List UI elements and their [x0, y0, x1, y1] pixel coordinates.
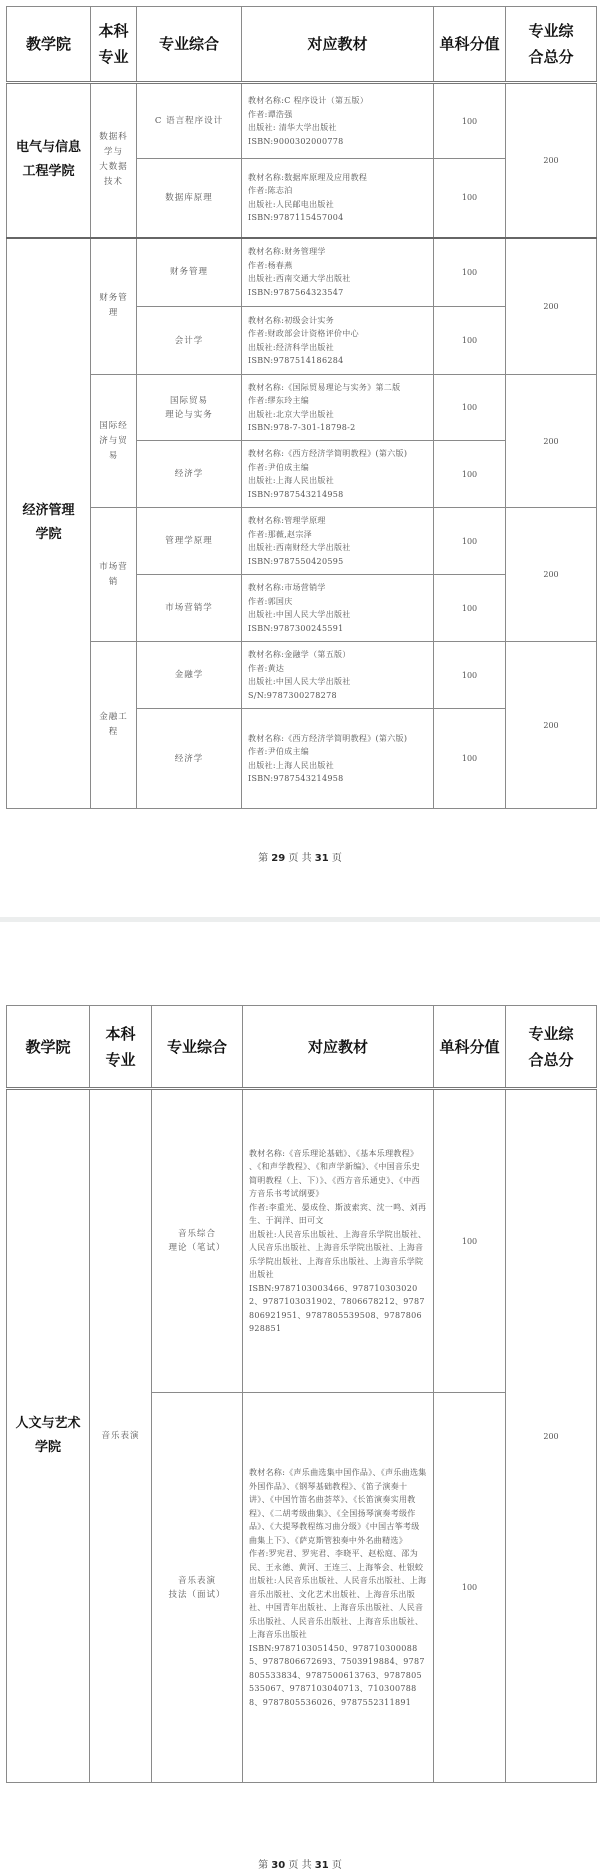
- textbook-cell: 教材名称:《声乐曲选集中国作品》、《声乐曲选集外国作品》、《钢琴基础教程》、《笛…: [243, 1393, 434, 1783]
- college-cell: 电气与信息工程学院: [7, 83, 91, 238]
- table-row: 电气与信息工程学院 数据科学与大数据技术 C 语言程序设计 教材名称:C 程序设…: [7, 83, 597, 159]
- subject-cell: 国际贸易理论与实务: [137, 375, 242, 441]
- score-cell: 100: [434, 1393, 506, 1783]
- subject-cell: 经济学: [137, 709, 242, 809]
- major-cell: 音乐表演: [90, 1089, 152, 1783]
- page-30: 教学院 本科专业 专业综合 对应教材 单科分值 专业综合总分 人文与艺术学院 音…: [0, 922, 600, 1870]
- header-textbook: 对应教材: [243, 1006, 434, 1089]
- textbook-cell: 教材名称:管理学原理作者:那薇,赵宗泽出版社:西南财经大学出版社ISBN:978…: [242, 508, 434, 575]
- score-cell: 100: [434, 508, 506, 575]
- textbook-cell: 教材名称:《西方经济学简明教程》(第六版)作者:尹伯成主编出版社:上海人民出版社…: [242, 709, 434, 809]
- total-cell: 200: [506, 238, 597, 375]
- textbook-cell: 教材名称:金融学（第五版）作者:黄达出版社:中国人民大学出版社S/N:97873…: [242, 642, 434, 709]
- major-cell: 市场营销: [91, 508, 137, 642]
- subject-cell: C 语言程序设计: [137, 83, 242, 159]
- page-29: 教学院 本科专业 专业综合 对应教材 单科分值 专业综合总分 电气与信息工程学院…: [0, 0, 600, 917]
- header-subject: 专业综合: [137, 7, 242, 83]
- score-cell: 100: [434, 575, 506, 642]
- college-cell: 经济管理学院: [7, 238, 91, 809]
- score-cell: 100: [434, 238, 506, 307]
- page-number-29: 第 29 页 共 31 页: [0, 849, 600, 864]
- score-cell: 100: [434, 1089, 506, 1393]
- textbook-cell: 教材名称:数据库原理及应用教程作者:陈志泊出版社:人民邮电出版社ISBN:978…: [242, 159, 434, 238]
- total-cell: 200: [506, 1089, 597, 1783]
- header-subject: 专业综合: [152, 1006, 243, 1089]
- subject-cell: 经济学: [137, 441, 242, 508]
- textbook-cell: 教材名称:《音乐理论基础》、《基本乐理教程》、《和声学教程》、《和声学新编》、《…: [243, 1089, 434, 1393]
- score-cell: 100: [434, 709, 506, 809]
- header-major: 本科专业: [90, 1006, 152, 1089]
- table-row: 金融工程 金融学 教材名称:金融学（第五版）作者:黄达出版社:中国人民大学出版社…: [7, 642, 597, 709]
- subject-cell: 会计学: [137, 307, 242, 375]
- table-row: 市场营销 管理学原理 教材名称:管理学原理作者:那薇,赵宗泽出版社:西南财经大学…: [7, 508, 597, 575]
- total-cell: 200: [506, 642, 597, 809]
- total-cell: 200: [506, 375, 597, 508]
- score-cell: 100: [434, 642, 506, 709]
- subject-cell: 财务管理: [137, 238, 242, 307]
- score-cell: 100: [434, 441, 506, 508]
- subject-cell: 管理学原理: [137, 508, 242, 575]
- subject-cell: 音乐表演技法（面试）: [152, 1393, 243, 1783]
- header-total: 专业综合总分: [506, 7, 597, 83]
- page-number-30: 第 30 页 共 31 页: [0, 1856, 600, 1870]
- college-cell: 人文与艺术学院: [7, 1089, 90, 1783]
- table-row: 经济管理学院 财务管理 财务管理 教材名称:财务管理学作者:杨春燕出版社:西南交…: [7, 238, 597, 307]
- exam-table-page-30: 教学院 本科专业 专业综合 对应教材 单科分值 专业综合总分 人文与艺术学院 音…: [6, 1005, 597, 1783]
- table-row: 国际经济与贸易 国际贸易理论与实务 教材名称:《国际贸易理论与实务》第二版作者:…: [7, 375, 597, 441]
- major-cell: 财务管理: [91, 238, 137, 375]
- subject-cell: 市场营销学: [137, 575, 242, 642]
- exam-table-page-29: 教学院 本科专业 专业综合 对应教材 单科分值 专业综合总分 电气与信息工程学院…: [6, 6, 597, 809]
- subject-cell: 音乐综合理论（笔试）: [152, 1089, 243, 1393]
- score-cell: 100: [434, 83, 506, 159]
- total-cell: 200: [506, 83, 597, 238]
- major-cell: 金融工程: [91, 642, 137, 809]
- header-major: 本科专业: [91, 7, 137, 83]
- header-score: 单科分值: [434, 7, 506, 83]
- header-score: 单科分值: [434, 1006, 506, 1089]
- subject-cell: 数据库原理: [137, 159, 242, 238]
- header-college: 教学院: [7, 7, 91, 83]
- major-cell: 国际经济与贸易: [91, 375, 137, 508]
- header-total: 专业综合总分: [506, 1006, 597, 1089]
- textbook-cell: 教材名称:市场营销学作者:郭国庆出版社:中国人民大学出版社ISBN:978730…: [242, 575, 434, 642]
- table-row: 人文与艺术学院 音乐表演 音乐综合理论（笔试） 教材名称:《音乐理论基础》、《基…: [7, 1089, 597, 1393]
- header-textbook: 对应教材: [242, 7, 434, 83]
- textbook-cell: 教材名称:初级会计实务作者:财政部会计资格评价中心出版社:经济科学出版社ISBN…: [242, 307, 434, 375]
- textbook-cell: 教材名称:《西方经济学简明教程》(第六版)作者:尹伯成主编出版社:上海人民出版社…: [242, 441, 434, 508]
- textbook-cell: 教材名称:财务管理学作者:杨春燕出版社:西南交通大学出版社ISBN:978756…: [242, 238, 434, 307]
- major-cell: 数据科学与大数据技术: [91, 83, 137, 238]
- total-cell: 200: [506, 508, 597, 642]
- score-cell: 100: [434, 159, 506, 238]
- header-college: 教学院: [7, 1006, 90, 1089]
- textbook-cell: 教材名称:《国际贸易理论与实务》第二版作者:缪东玲主编出版社:北京大学出版社IS…: [242, 375, 434, 441]
- score-cell: 100: [434, 307, 506, 375]
- subject-cell: 金融学: [137, 642, 242, 709]
- textbook-cell: 教材名称:C 程序设计（第五版）作者:谭浩强出版社: 清华大学出版社ISBN:9…: [242, 83, 434, 159]
- score-cell: 100: [434, 375, 506, 441]
